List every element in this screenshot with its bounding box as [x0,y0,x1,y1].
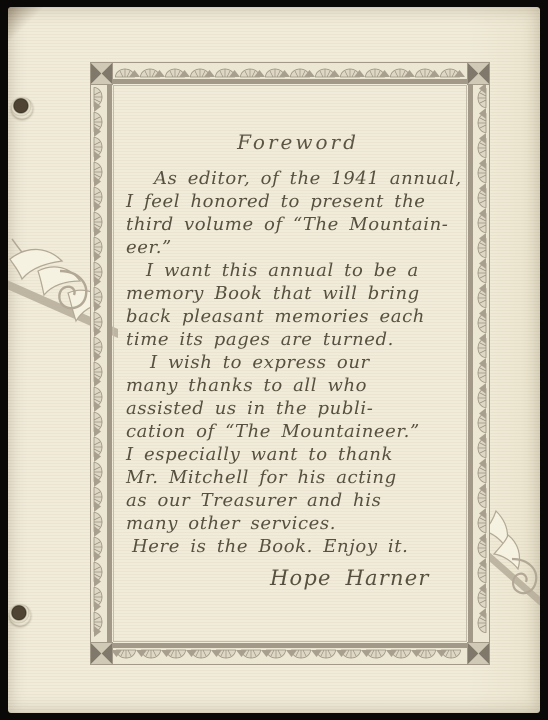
handwritten-line: third volume of “The Mountain- [112,213,484,236]
handwritten-line: I especially want to thank [112,443,484,466]
handwritten-line: as our Treasurer and his [112,489,484,512]
binder-hole-bottom [9,604,31,626]
handwritten-line: I feel honored to present the [112,190,484,213]
paragraph: Here is the Book. Enjoy it. [112,535,484,558]
handwritten-line: memory Book that will bring [112,282,484,305]
handwritten-line: As editor, of the 1941 annual, [112,167,484,190]
foreword-text: Foreword As editor, of the 1941 annual,I… [112,130,484,590]
handwritten-line: I wish to express our [112,351,484,374]
paragraph: I want this annual to be amemory Book th… [112,259,484,351]
handwritten-line: eer.” [112,236,484,259]
handwritten-line: many other services. [112,512,484,535]
handwritten-line: time its pages are turned. [112,328,484,351]
album-page: Foreword As editor, of the 1941 annual,I… [8,7,540,713]
handwritten-line: Here is the Book. Enjoy it. [112,535,484,558]
page-title: Foreword [112,130,484,154]
handwritten-line: I want this annual to be a [112,259,484,282]
paragraph: I wish to express ourmany thanks to all … [112,351,484,535]
signature: Hope Harner [270,566,484,590]
handwritten-line: assisted us in the publi- [112,397,484,420]
foreword-paragraphs: As editor, of the 1941 annual,I feel hon… [112,167,484,558]
handwritten-line: many thanks to all who [112,374,484,397]
handwritten-line: Mr. Mitchell for his acting [112,466,484,489]
handwritten-line: cation of “The Mountaineer.” [112,420,484,443]
paragraph: As editor, of the 1941 annual,I feel hon… [112,167,484,259]
acanthus-scroll-right-decoration [482,507,540,632]
binder-hole-top [11,97,33,119]
handwritten-line: back pleasant memories each [112,305,484,328]
scan-background: Foreword As editor, of the 1941 annual,I… [0,0,548,720]
